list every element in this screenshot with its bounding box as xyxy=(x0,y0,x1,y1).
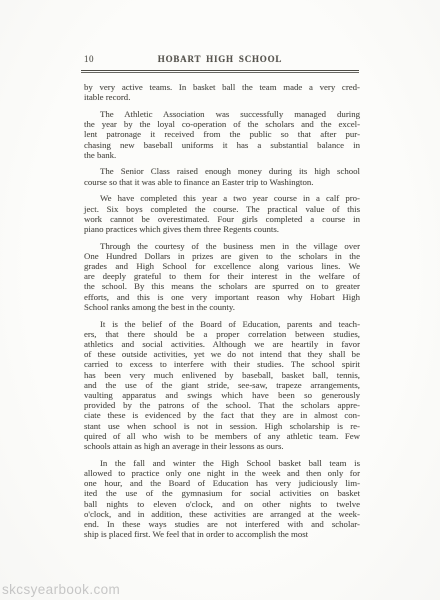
text-line: In the fall and winter the High School b… xyxy=(84,458,360,468)
text-line: ship is placed first. We feel that in or… xyxy=(84,529,360,539)
text-line: provided by the patrons of the school. T… xyxy=(84,400,360,410)
text-line: ited the use of the gymnasium for social… xyxy=(84,488,360,498)
text-line: course so that it was able to finance an… xyxy=(84,177,360,187)
paragraph: It is the belief of the Board of Educati… xyxy=(84,319,360,452)
text-line: One Hundred Dollars in prizes are given … xyxy=(84,251,360,261)
text-line: efforts, and this is one very important … xyxy=(84,292,360,302)
text-line: and the use of the giant stride, see-saw… xyxy=(84,380,360,390)
text-line: has been very much enlivened by baseball… xyxy=(84,370,360,380)
paragraph: We have completed this year a two year c… xyxy=(84,193,360,234)
text-line: schools attain as high an average in the… xyxy=(84,441,360,451)
text-line: o'clock, and in addition, these activiti… xyxy=(84,509,360,519)
text-line: quired of all who wish to be members of … xyxy=(84,431,360,441)
text-line: the bank. xyxy=(84,150,360,160)
page-header-title: HOBART HIGH SCHOOL xyxy=(81,54,359,64)
paragraph: In the fall and winter the High School b… xyxy=(84,458,360,540)
running-head: 10 HOBART HIGH SCHOOL xyxy=(81,54,359,66)
text-line: The Athletic Association was successfull… xyxy=(84,109,360,119)
text-line: the school. By this means the scholars a… xyxy=(84,281,360,291)
text-line: vaulting apparatus and swings which have… xyxy=(84,390,360,400)
paragraph: Through the courtesy of the business men… xyxy=(84,241,360,312)
text-line: itable record. xyxy=(84,92,360,102)
text-line: chasing new baseball uniforms it has a s… xyxy=(84,140,360,150)
paragraph: by very active teams. In basket ball the… xyxy=(84,82,360,102)
text-line: We have completed this year a two year c… xyxy=(84,193,360,203)
text-line: end. In these ways studies are not inter… xyxy=(84,519,360,529)
scanned-yearbook-page: 10 HOBART HIGH SCHOOL by very active tea… xyxy=(0,0,440,600)
text-line: ject. Six boys completed the course. The… xyxy=(84,204,360,214)
text-line: of these outside activities, yet we do n… xyxy=(84,349,360,359)
text-line: grades and High School for excellence al… xyxy=(84,261,360,271)
text-line: athletics and social activities. Althoug… xyxy=(84,339,360,349)
text-line: lent patronage it received from the publ… xyxy=(84,129,360,139)
text-line: stant use when school is not in session.… xyxy=(84,421,360,431)
text-line: work cannot be overestimated. Four girls… xyxy=(84,214,360,224)
text-line: one hour, and the Board of Education has… xyxy=(84,478,360,488)
watermark: skcsyearbook.com xyxy=(2,582,120,597)
text-line: The Senior Class raised enough money dur… xyxy=(84,166,360,176)
text-line: piano practices which gives them three R… xyxy=(84,224,360,234)
page-number: 10 xyxy=(84,54,94,64)
text-line: allowed to practice only one night in th… xyxy=(84,468,360,478)
text-line: Through the courtesy of the business men… xyxy=(84,241,360,251)
text-line: School ranks among the best in the count… xyxy=(84,302,360,312)
body-text: by very active teams. In basket ball the… xyxy=(84,82,360,539)
text-line: ers, that there should be a proper corre… xyxy=(84,329,360,339)
paragraph: The Senior Class raised enough money dur… xyxy=(84,166,360,186)
text-line: ball nights to eleven o'clock, and on ot… xyxy=(84,499,360,509)
text-line: It is the belief of the Board of Educati… xyxy=(84,319,360,329)
paragraph: The Athletic Association was successfull… xyxy=(84,109,360,160)
text-line: ciate these is evidenced by the fact tha… xyxy=(84,410,360,420)
text-line: carried to excess to interfere with thei… xyxy=(84,359,360,369)
text-line: the year by the loyal co-operation of th… xyxy=(84,119,360,129)
text-line: are deeply grateful to them for their in… xyxy=(84,271,360,281)
text-line: by very active teams. In basket ball the… xyxy=(84,82,360,92)
header-double-rule xyxy=(81,70,359,73)
